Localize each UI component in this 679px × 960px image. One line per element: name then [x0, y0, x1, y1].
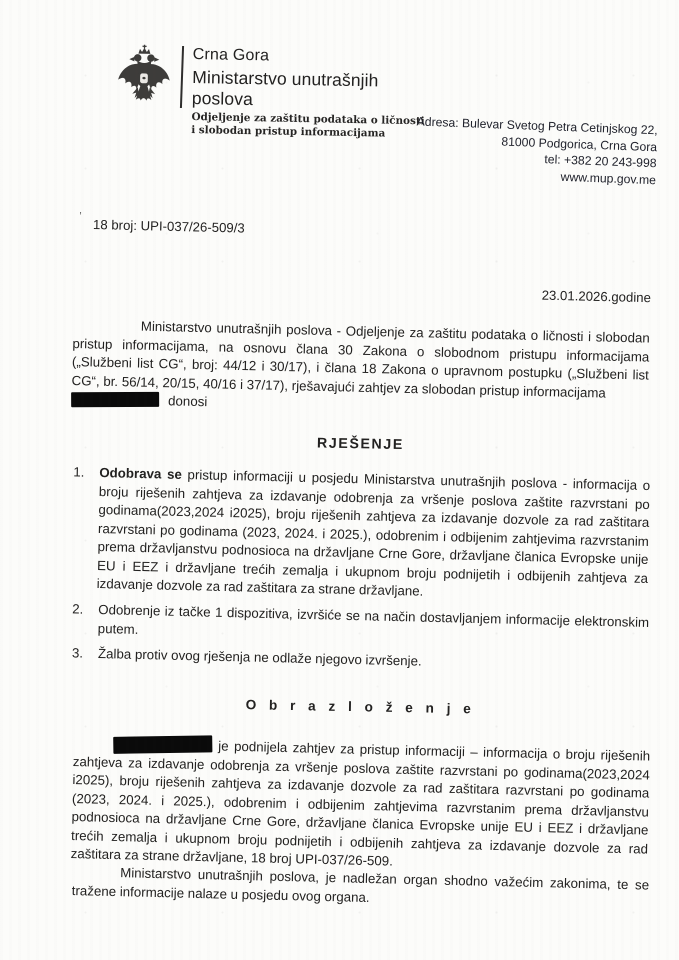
letterhead-divider	[180, 46, 184, 108]
reference-number: 18 broj: UPI-037/26-509/3	[93, 217, 245, 236]
coat-of-arms-icon	[113, 40, 174, 113]
scanned-document-page: { "colors": { "paper": "#fcfcfa", "ink":…	[0, 0, 679, 960]
explanation-text: je podnijela zahtjev za pristup informac…	[71, 738, 651, 868]
item-text: pristup informaciji u posjedu Ministarst…	[97, 467, 651, 599]
item-number: 2.	[72, 600, 84, 619]
letterhead-address-block: Adresa: Bulevar Svetog Petra Cetinjskog …	[376, 112, 658, 188]
redaction-box-applicant	[71, 392, 159, 407]
country-name: Crna Gora	[193, 46, 443, 69]
decision-items: 1. Odobrava se pristup informaciji u pos…	[72, 464, 649, 663]
item-number: 3.	[72, 644, 84, 663]
item-text: Odobrenje iz tačke 1 dispozitiva, izvrši…	[98, 602, 650, 636]
explanation-title: O b r a z l o ž e n j e	[72, 693, 649, 722]
intro-text-after: donosi	[168, 393, 208, 409]
item-number: 1.	[73, 463, 85, 482]
explanation-paragraph: je podnijela zahtjev za pristup informac…	[70, 734, 650, 877]
intro-paragraph: Ministarstvo unutrašnjih poslova - Odjel…	[71, 316, 650, 422]
decision-title: RJEŠENJE	[72, 430, 649, 459]
item-lead: Odobrava se	[99, 465, 182, 482]
decision-item-1: 1. Odobrava se pristup informaciji u pos…	[96, 464, 650, 606]
decision-item-2: 2. Odobrenje iz tačke 1 dispozitiva, izv…	[98, 601, 650, 651]
redaction-box-applicant-2	[113, 735, 212, 753]
document-date: 23.01.2026.godine	[431, 285, 651, 305]
document-body: Ministarstvo unutrašnjih poslova - Odjel…	[72, 316, 649, 900]
decision-item-3: 3. Žalba protiv ovog rješenja ne odlaže …	[98, 645, 649, 676]
item-text: Žalba protiv ovog rješenja ne odlaže nje…	[98, 646, 422, 669]
intro-text: Ministarstvo unutrašnjih poslova - Odjel…	[71, 319, 650, 400]
ministry-name: Ministarstvo unutrašnjih poslova	[192, 67, 443, 114]
